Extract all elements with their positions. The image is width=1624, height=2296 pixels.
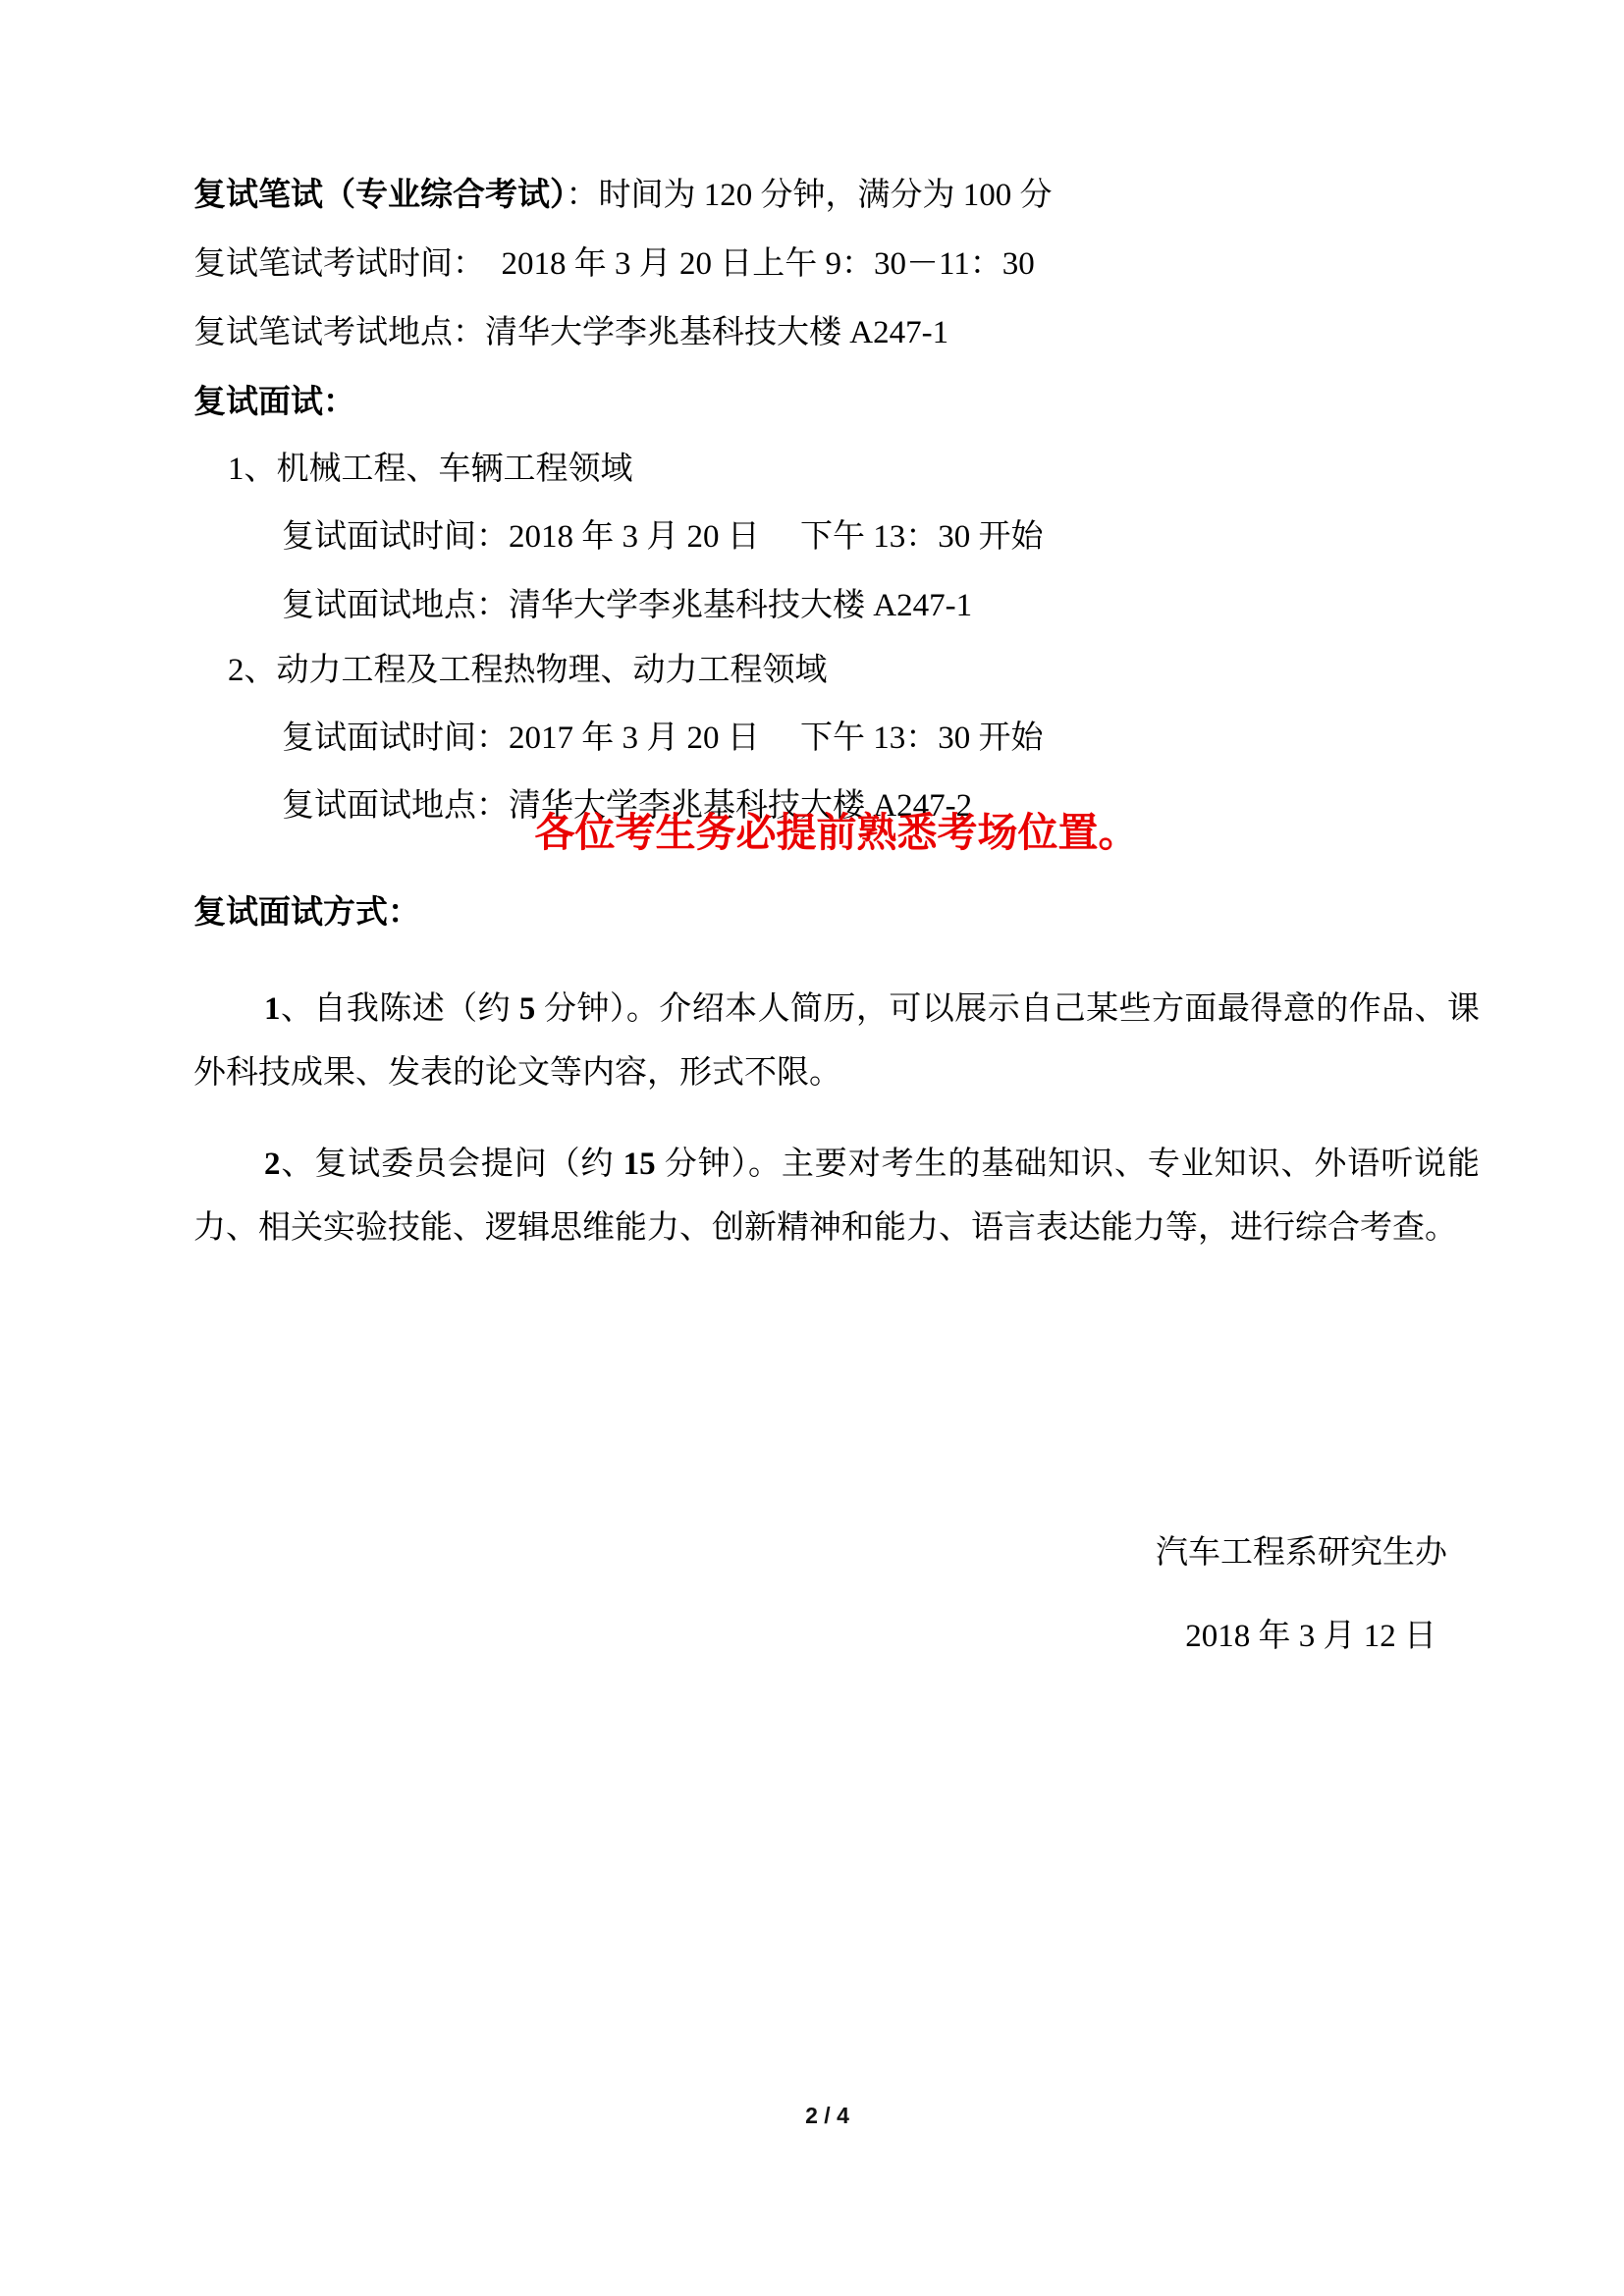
interview-group-1-title: 1、机械工程、车辆工程领域 bbox=[228, 449, 633, 490]
interview-heading: 复试面试： bbox=[193, 382, 355, 423]
interview-method-para-2: 2、复试委员会提问（约 15 分钟）。主要对考生的基础知识、专业知识、外语听说能… bbox=[193, 1133, 1480, 1260]
exam-location-notice: 各位考生务必提前熟悉考场位置。 bbox=[193, 807, 1480, 858]
written-exam-title-line: 复试笔试（专业综合考试）：时间为 120 分钟，满分为 100 分 bbox=[193, 175, 1053, 216]
interview-group-2-time: 复试面试时间：2017 年 3 月 20 日 下午 13：30 开始 bbox=[282, 718, 1044, 759]
signature-date: 2018 年 3 月 12 日 bbox=[193, 1616, 1480, 1657]
interview-group-2-title: 2、动力工程及工程热物理、动力工程领域 bbox=[228, 650, 828, 691]
para-1-text-a: 、自我陈述（约 bbox=[281, 991, 519, 1027]
document-page: 复试笔试（专业综合考试）：时间为 120 分钟，满分为 100 分 复试笔试考试… bbox=[0, 0, 1624, 2296]
para-1-number: 1 bbox=[264, 991, 281, 1027]
written-exam-time-line: 复试笔试考试时间： 2018 年 3 月 20 日上午 9：30－11：30 bbox=[193, 243, 1035, 285]
para-2-number: 2 bbox=[264, 1147, 281, 1182]
para-2-text-a: 、复试委员会提问（约 bbox=[281, 1147, 623, 1182]
interview-method-para-1: 1、自我陈述（约 5 分钟）。介绍本人简历，可以展示自己某些方面最得意的作品、课… bbox=[193, 978, 1480, 1105]
written-exam-title-rest: ：时间为 120 分钟，满分为 100 分 bbox=[567, 178, 1053, 213]
signature-department: 汽车工程系研究生办 bbox=[193, 1532, 1480, 1574]
interview-group-1-location: 复试面试地点：清华大学李兆基科技大楼 A247-1 bbox=[282, 585, 972, 626]
interview-group-1-time: 复试面试时间：2018 年 3 月 20 日 下午 13：30 开始 bbox=[282, 516, 1044, 558]
written-exam-title-bold: 复试笔试（专业综合考试） bbox=[193, 178, 567, 213]
written-exam-location-line: 复试笔试考试地点：清华大学李兆基科技大楼 A247-1 bbox=[193, 312, 948, 353]
para-2-minutes: 15 bbox=[623, 1147, 656, 1182]
interview-method-heading: 复试面试方式： bbox=[193, 892, 420, 934]
page-number-indicator: 2 / 4 bbox=[0, 2102, 1624, 2129]
para-1-minutes: 5 bbox=[519, 991, 536, 1027]
